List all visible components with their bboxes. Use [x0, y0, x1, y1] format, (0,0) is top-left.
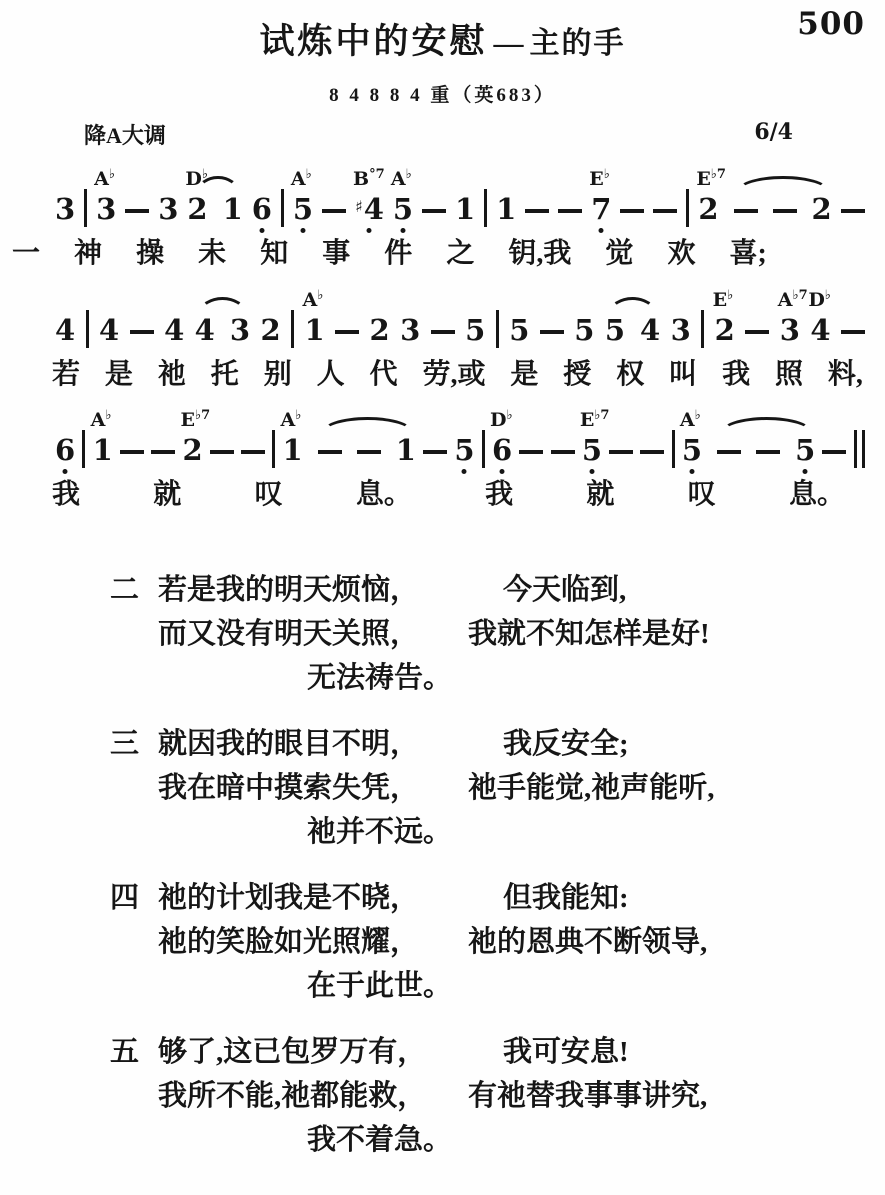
chord-quality: ♭: [109, 167, 115, 182]
final-barline: [854, 430, 865, 468]
note-token: 2: [370, 316, 390, 345]
note-token: 4: [55, 316, 75, 345]
note-token: 5: [465, 316, 485, 345]
low-octave-dot: [401, 228, 406, 233]
chord-label: D♭: [185, 170, 208, 189]
title-dash: —: [488, 27, 530, 60]
dash-mark: [525, 209, 549, 213]
chord-quality: ♭: [406, 167, 412, 182]
dash-mark: [756, 450, 780, 454]
verse-phrase: 但我能知:: [503, 876, 629, 920]
lyric-syllable: 我: [722, 358, 750, 392]
lyric-syllable: 神: [74, 237, 102, 271]
verse-line: 我所不能,祂都能救，有祂替我事事讲究,: [110, 1074, 885, 1118]
dash-mark: [423, 450, 447, 454]
note-token: 5: [605, 316, 625, 345]
note-number: 6: [55, 436, 75, 465]
low-octave-dot: [500, 469, 505, 474]
verse-number: 三: [110, 722, 158, 766]
note-token: 1: [496, 195, 516, 224]
note-number: 4: [810, 316, 830, 345]
note-number: 2: [260, 316, 280, 345]
chord-quality: ♭: [506, 408, 512, 423]
lyric-syllable: 授: [563, 358, 591, 392]
note-token: 3: [158, 195, 178, 224]
note-token: 5: [454, 436, 474, 465]
chord-label: A♭: [91, 411, 112, 430]
chord-label: E♭7: [180, 411, 210, 430]
barline: [496, 310, 499, 348]
sharp-accidental: ♯: [355, 199, 363, 215]
extension-dash: [756, 450, 780, 465]
chord-label: A♭: [680, 411, 701, 430]
music-system: 6A♭1E♭72A♭115D♭6E♭75A♭55我就叹息。我就叹息。: [0, 425, 885, 512]
verse-line: 祂的笑脸如光照耀，祂的恩典不断领导,: [110, 920, 885, 964]
chord-quality: ♭7: [594, 408, 609, 423]
lyric-syllable: 料,: [828, 358, 863, 392]
notation-block: 3A♭33D♭216A♭5B°7♯4A♭511E♭7E♭722一神操未知事件之钥…: [0, 184, 885, 512]
note-number: 4: [164, 316, 184, 345]
note-number: 3: [158, 195, 178, 224]
chord-quality: ♭7: [711, 167, 726, 182]
extension-dash: [519, 450, 543, 465]
music-system: 3A♭33D♭216A♭5B°7♯4A♭511E♭7E♭722一神操未知事件之钥…: [0, 184, 885, 271]
chord-label: E♭7: [696, 170, 726, 189]
note-number: 6: [492, 436, 512, 465]
extension-dash: [745, 330, 769, 345]
lyric-syllable: 就: [153, 478, 181, 512]
dash-mark: [120, 450, 144, 454]
note-number: 4: [364, 195, 384, 224]
lyric-syllable: 人: [317, 358, 345, 392]
note-token: 3: [400, 316, 420, 345]
chord-label: A♭: [281, 411, 302, 430]
verse-line: 在于此世。: [110, 964, 885, 1008]
extension-dash: [525, 209, 549, 224]
note-token: 3: [671, 316, 691, 345]
extension-dash: [318, 450, 342, 465]
lyric-syllable: 未: [198, 237, 226, 271]
note-number: 5: [582, 436, 602, 465]
note-number: 5: [795, 436, 815, 465]
extension-dash: [210, 450, 234, 465]
note-token: E♭72: [182, 436, 202, 465]
note-token: A♭3: [96, 195, 116, 224]
verse-line: 二若是我的明天烦恼，今天临到,: [110, 568, 885, 612]
chord-label: E♭7: [580, 411, 610, 430]
slur-group: D♭21: [187, 195, 242, 224]
lyric-syllable: 照: [775, 358, 803, 392]
header: 500 试炼中的安慰—主的手: [0, 0, 885, 64]
dash-mark: [717, 450, 741, 454]
chord-label: A♭: [94, 170, 115, 189]
chord-quality: ♭: [825, 288, 831, 303]
dash-mark: [620, 209, 644, 213]
note-token: 3: [230, 316, 250, 345]
note-token: 5: [509, 316, 529, 345]
note-token: 1: [223, 195, 243, 224]
note-token: A♭1: [283, 436, 303, 465]
verses-block: 二若是我的明天烦恼，今天临到,而又没有明天关照，我就不知怎样是好!无法祷告。三就…: [0, 568, 885, 1162]
note-number: 5: [465, 316, 485, 345]
verse-line: 四祂的计划我是不晓，但我能知:: [110, 876, 885, 920]
chord-quality: ♭: [695, 408, 701, 423]
extension-dash: [130, 330, 154, 345]
hymn-subtitle: 主的手: [530, 27, 626, 60]
key-row: 降A大调 6/4: [0, 119, 885, 150]
lyric-syllable: 钥,我: [508, 237, 571, 271]
lyric-syllable: 知: [260, 237, 288, 271]
dash-mark: [130, 330, 154, 334]
extension-dash: [423, 450, 447, 465]
dash-mark: [241, 450, 265, 454]
barline: [272, 430, 275, 468]
barline: [281, 189, 284, 227]
verse-phrase: 在于此世。: [307, 964, 452, 1008]
note-token: 6: [252, 195, 272, 224]
verse-phrase: 祂手能觉,祂声能听,: [468, 766, 715, 810]
note-number: 2: [370, 316, 390, 345]
barline: [686, 189, 689, 227]
lyric-syllable: 一: [12, 237, 40, 271]
dash-mark: [841, 209, 865, 213]
dash-mark: [210, 450, 234, 454]
note-number: 2: [182, 436, 202, 465]
lyric-syllable: 我: [52, 478, 80, 512]
hymn-page: 500 试炼中的安慰—主的手 8 4 8 8 4 重（英683） 降A大调 6/…: [0, 0, 885, 1195]
note-number: 2: [715, 316, 735, 345]
verse-phrase: 就因我的眼目不明，: [158, 722, 503, 766]
dash-mark: [335, 330, 359, 334]
lyric-syllable: 喜;: [730, 237, 767, 271]
extension-dash: [841, 209, 865, 224]
verse-phrase: 我反安全;: [503, 722, 629, 766]
meter-line: 8 4 8 8 4 重（英683）: [0, 80, 885, 107]
note-token: 1: [396, 436, 416, 465]
dash-mark: [318, 450, 342, 454]
note-token: 6: [55, 436, 75, 465]
chord-quality: ♭: [295, 408, 301, 423]
note-token: D♭4: [810, 316, 830, 345]
verse-phrase: 今天临到,: [503, 568, 626, 612]
extension-dash: [120, 450, 144, 465]
chord-quality: ♭: [317, 288, 323, 303]
dash-mark: [745, 330, 769, 334]
barline: [291, 310, 294, 348]
dash-mark: [551, 450, 575, 454]
barline: [86, 310, 89, 348]
low-octave-dot: [803, 469, 808, 474]
lyric-syllable: 叹: [255, 478, 283, 512]
dash-mark: [422, 209, 446, 213]
lyric-syllable: 我: [485, 478, 513, 512]
chord-quality: ♭7: [195, 408, 210, 423]
notation-row: 444432A♭123555543E♭2A♭73D♭4: [0, 305, 885, 345]
hymn-title: 试炼中的安慰: [259, 22, 487, 61]
verse-line: 无法祷告。: [110, 656, 885, 700]
barline: [672, 430, 675, 468]
extension-dash: [431, 330, 455, 345]
extension-dash: [734, 209, 758, 224]
note-number: 3: [55, 195, 75, 224]
note-number: 3: [400, 316, 420, 345]
time-signature: 6/4: [754, 119, 793, 150]
lyric-syllable: 息。: [356, 478, 412, 512]
note-token: 1: [455, 195, 475, 224]
chord-label: D♭: [808, 291, 831, 310]
extension-dash: [322, 209, 346, 224]
chord-quality: ♭: [604, 167, 610, 182]
note-number: 1: [396, 436, 416, 465]
note-number: 5: [293, 195, 313, 224]
dash-mark: [640, 450, 664, 454]
extension-dash: [151, 450, 175, 465]
dash-mark: [151, 450, 175, 454]
chord-quality: ♭: [306, 167, 312, 182]
note-number: 1: [305, 316, 325, 345]
verse: 二若是我的明天烦恼，今天临到,而又没有明天关照，我就不知怎样是好!无法祷告。: [110, 568, 885, 700]
extension-dash: [609, 450, 633, 465]
low-octave-dot: [300, 228, 305, 233]
low-octave-dot: [689, 469, 694, 474]
slur-group: 43: [195, 316, 250, 345]
note-token: A♭1: [305, 316, 325, 345]
verse-phrase: 有祂替我事事讲究,: [468, 1074, 707, 1118]
verse-line: 我在暗中摸索失凭，祂手能觉,祂声能听,: [110, 766, 885, 810]
extension-dash: [357, 450, 381, 465]
chord-label: A♭: [291, 170, 312, 189]
low-octave-dot: [367, 228, 372, 233]
note-number: 3: [96, 195, 116, 224]
verse-phrase: 祂的笑脸如光照耀，: [158, 920, 468, 964]
note-token: 4: [164, 316, 184, 345]
verse-phrase: 我所不能,祂都能救，: [158, 1074, 468, 1118]
key-signature: 降A大调: [84, 119, 166, 150]
note-number: 3: [230, 316, 250, 345]
extension-dash: [620, 209, 644, 224]
slur-group: 54: [605, 316, 660, 345]
note-number: 7: [591, 195, 611, 224]
note-number: 1: [223, 195, 243, 224]
barline: [701, 310, 704, 348]
note-number: 5: [574, 316, 594, 345]
dash-mark: [540, 330, 564, 334]
dash-mark: [734, 209, 758, 213]
lyric-syllable: 若: [52, 358, 80, 392]
verse-phrase: 祂并不远。: [307, 810, 452, 854]
tie-group: A♭55: [682, 436, 815, 465]
note-number: 1: [283, 436, 303, 465]
extension-dash: [773, 209, 797, 224]
barline: [84, 189, 87, 227]
low-octave-dot: [462, 469, 467, 474]
chord-quality: ♭: [727, 288, 733, 303]
note-number: 1: [93, 436, 113, 465]
verse-phrase: 祂的恩典不断领导,: [468, 920, 707, 964]
chord-label: B°7: [353, 170, 385, 189]
note-number: 5: [682, 436, 702, 465]
chord-label: E♭: [713, 291, 734, 310]
chord-label: E♭: [589, 170, 610, 189]
chord-quality: ♭: [105, 408, 111, 423]
note-number: 5: [605, 316, 625, 345]
extension-dash: [841, 330, 865, 345]
note-token: D♭6: [492, 436, 512, 465]
lyric-syllable: 欢: [667, 237, 695, 271]
tie-group: A♭11: [283, 436, 416, 465]
extension-dash: [640, 450, 664, 465]
note-token: A♭5: [682, 436, 702, 465]
low-octave-dot: [599, 228, 604, 233]
verse-phrase: 我可安息!: [503, 1030, 629, 1074]
barline: [82, 430, 85, 468]
dash-mark: [558, 209, 582, 213]
dash-mark: [431, 330, 455, 334]
note-token: A♭1: [93, 436, 113, 465]
extension-dash: [422, 209, 446, 224]
lyric-syllable: 代: [370, 358, 398, 392]
verse: 五够了,这已包罗万有，我可安息!我所不能,祂都能救，有祂替我事事讲究,我不着急。: [110, 1030, 885, 1162]
verse-number: 四: [110, 876, 158, 920]
extension-dash: [241, 450, 265, 465]
lyric-syllable: 叫: [669, 358, 697, 392]
verse-line: 我不着急。: [110, 1118, 885, 1162]
verse: 四祂的计划我是不晓，但我能知:祂的笑脸如光照耀，祂的恩典不断领导,在于此世。: [110, 876, 885, 1008]
note-number: 4: [99, 316, 119, 345]
chord-label: A♭: [303, 291, 324, 310]
note-number: 2: [698, 195, 718, 224]
barline: [482, 430, 485, 468]
verse-phrase: 够了,这已包罗万有，: [158, 1030, 503, 1074]
lyric-syllable: 息。: [789, 478, 845, 512]
note-token: B°7♯4: [355, 195, 384, 224]
note-token: 4: [195, 316, 215, 345]
extension-dash: [540, 330, 564, 345]
lyric-syllable: 觉: [605, 237, 633, 271]
low-octave-dot: [63, 469, 68, 474]
verse-line: 五够了,这已包罗万有，我可安息!: [110, 1030, 885, 1074]
note-number: 4: [55, 316, 75, 345]
note-number: 1: [496, 195, 516, 224]
lyric-syllable: 就: [586, 478, 614, 512]
dash-mark: [357, 450, 381, 454]
barline: [484, 189, 487, 227]
verse: 三就因我的眼目不明，我反安全;我在暗中摸索失凭，祂手能觉,祂声能听,祂并不远。: [110, 722, 885, 854]
low-octave-dot: [589, 469, 594, 474]
lyric-syllable: 叹: [688, 478, 716, 512]
hymn-number: 500: [797, 6, 865, 42]
dash-mark: [322, 209, 346, 213]
note-token: E♭2: [715, 316, 735, 345]
note-token: 5: [795, 436, 815, 465]
notation-row: 6A♭1E♭72A♭115D♭6E♭75A♭55: [0, 425, 885, 465]
extension-dash: [717, 450, 741, 465]
dash-mark: [773, 209, 797, 213]
verse-number: 二: [110, 568, 158, 612]
note-number: 5: [393, 195, 413, 224]
verse-phrase: 无法祷告。: [307, 656, 452, 700]
lyric-syllable: 件: [384, 237, 412, 271]
chord-quality: °7: [369, 167, 385, 182]
note-number: 2: [812, 195, 832, 224]
verse-phrase: 祂的计划我是不晓，: [158, 876, 503, 920]
dash-mark: [519, 450, 543, 454]
note-number: 4: [640, 316, 660, 345]
extension-dash: [653, 209, 677, 224]
note-token: A♭73: [780, 316, 800, 345]
dash-mark: [609, 450, 633, 454]
extension-dash: [125, 209, 149, 224]
lyric-syllable: 托: [211, 358, 239, 392]
lyric-syllable: 事: [322, 237, 350, 271]
lyric-syllable: 之: [446, 237, 474, 271]
notation-row: 3A♭33D♭216A♭5B°7♯4A♭511E♭7E♭722: [0, 184, 885, 224]
lyric-syllable: 劳,或: [422, 358, 485, 392]
note-token: 5: [574, 316, 594, 345]
verse-line: 祂并不远。: [110, 810, 885, 854]
lyric-line: 我就叹息。我就叹息。: [0, 478, 885, 512]
verse-phrase: 若是我的明天烦恼，: [158, 568, 503, 612]
note-number: 1: [455, 195, 475, 224]
chord-label: A♭: [391, 170, 412, 189]
lyric-syllable: 是: [510, 358, 538, 392]
note-number: 2: [187, 195, 207, 224]
lyric-line: 一神操未知事件之钥,我觉欢喜;: [0, 237, 885, 271]
note-token: 2: [812, 195, 832, 224]
note-token: 4: [640, 316, 660, 345]
note-token: E♭75: [582, 436, 602, 465]
note-token: A♭5: [293, 195, 313, 224]
lyric-line: 若是祂托别人代劳,或是授权叫我照料,: [0, 358, 885, 392]
note-token: A♭5: [393, 195, 413, 224]
verse-line: 而又没有明天关照，我就不知怎样是好!: [110, 612, 885, 656]
verse-phrase: 我在暗中摸索失凭，: [158, 766, 468, 810]
verse-line: 三就因我的眼目不明，我反安全;: [110, 722, 885, 766]
low-octave-dot: [259, 228, 264, 233]
extension-dash: [335, 330, 359, 345]
lyric-syllable: 权: [616, 358, 644, 392]
verse-phrase: 而又没有明天关照，: [158, 612, 468, 656]
dash-mark: [841, 330, 865, 334]
chord-label: A♭7: [778, 291, 808, 310]
note-number: 5: [509, 316, 529, 345]
extension-dash: [558, 209, 582, 224]
dash-mark: [653, 209, 677, 213]
lyric-syllable: 别: [264, 358, 292, 392]
note-token: 3: [55, 195, 75, 224]
note-number: 6: [252, 195, 272, 224]
extension-dash: [822, 450, 846, 465]
lyric-syllable: 操: [136, 237, 164, 271]
lyric-syllable: 祂: [158, 358, 186, 392]
music-system: 444432A♭123555543E♭2A♭73D♭4若是祂托别人代劳,或是授权…: [0, 305, 885, 392]
note-number: 3: [780, 316, 800, 345]
note-token: 4: [99, 316, 119, 345]
chord-label: D♭: [490, 411, 513, 430]
note-number: 3: [671, 316, 691, 345]
chord-quality: ♭7: [792, 288, 807, 303]
tie-group: E♭722: [698, 195, 831, 224]
extension-dash: [551, 450, 575, 465]
verse-phrase: 我不着急。: [307, 1118, 452, 1162]
verse-number: 五: [110, 1030, 158, 1074]
verse-phrase: 我就不知怎样是好!: [468, 612, 710, 656]
lyric-syllable: 是: [105, 358, 133, 392]
note-token: D♭2: [187, 195, 207, 224]
chord-quality: ♭: [202, 167, 208, 182]
note-token: E♭72: [698, 195, 718, 224]
note-number: 5: [454, 436, 474, 465]
